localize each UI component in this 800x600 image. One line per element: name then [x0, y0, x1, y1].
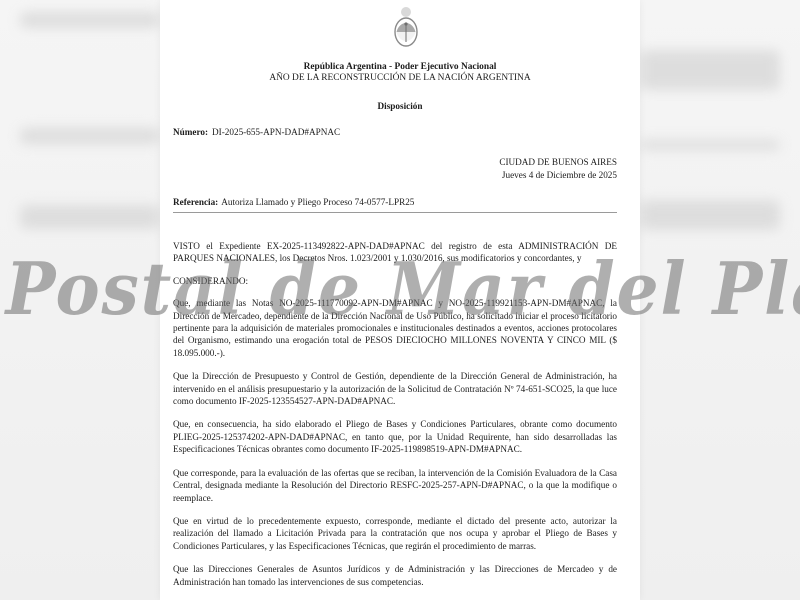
paragraph: Que la Dirección de Presupuesto y Contro… [173, 370, 617, 407]
paragraph: Que en virtud de lo precedentemente expu… [173, 515, 617, 552]
paragraph: Que las Direcciones Generales de Asuntos… [173, 563, 617, 588]
paragraph: Que, mediante las Notas NO-2025-11177009… [173, 297, 617, 359]
divider [173, 212, 617, 213]
numero-value: DI-2025-655-APN-DAD#APNAC [212, 127, 340, 137]
city: CIUDAD DE BUENOS AIRES [499, 156, 617, 169]
paragraph: Que, en consecuencia, ha sido elaborado … [173, 418, 617, 455]
paragraph: Que corresponde, para la evaluación de l… [173, 467, 617, 504]
referencia-label: Referencia: [173, 197, 218, 207]
blurred-background-left [0, 0, 170, 600]
place-and-date: CIUDAD DE BUENOS AIRES Jueves 4 de Dicie… [499, 156, 617, 182]
document-number: Número:DI-2025-655-APN-DAD#APNAC [173, 126, 340, 138]
document-page: República Argentina - Poder Ejecutivo Na… [160, 0, 640, 600]
document-type: Disposición [160, 100, 640, 112]
numero-label: Número: [173, 127, 208, 137]
date: Jueves 4 de Diciembre de 2025 [499, 169, 617, 182]
document-body: VISTO el Expediente EX-2025-113492822-AP… [173, 240, 617, 599]
paragraph-considerando: CONSIDERANDO: [173, 275, 617, 287]
header-subtitle: AÑO DE LA RECONSTRUCCIÓN DE LA NACIÓN AR… [160, 72, 640, 84]
reference: Referencia:Autoriza Llamado y Pliego Pro… [173, 196, 414, 208]
blurred-background-right [630, 0, 800, 600]
paragraph-visto: VISTO el Expediente EX-2025-113492822-AP… [173, 240, 617, 265]
referencia-value: Autoriza Llamado y Pliego Proceso 74-057… [221, 197, 414, 207]
argentina-coat-of-arms-icon [392, 6, 420, 50]
